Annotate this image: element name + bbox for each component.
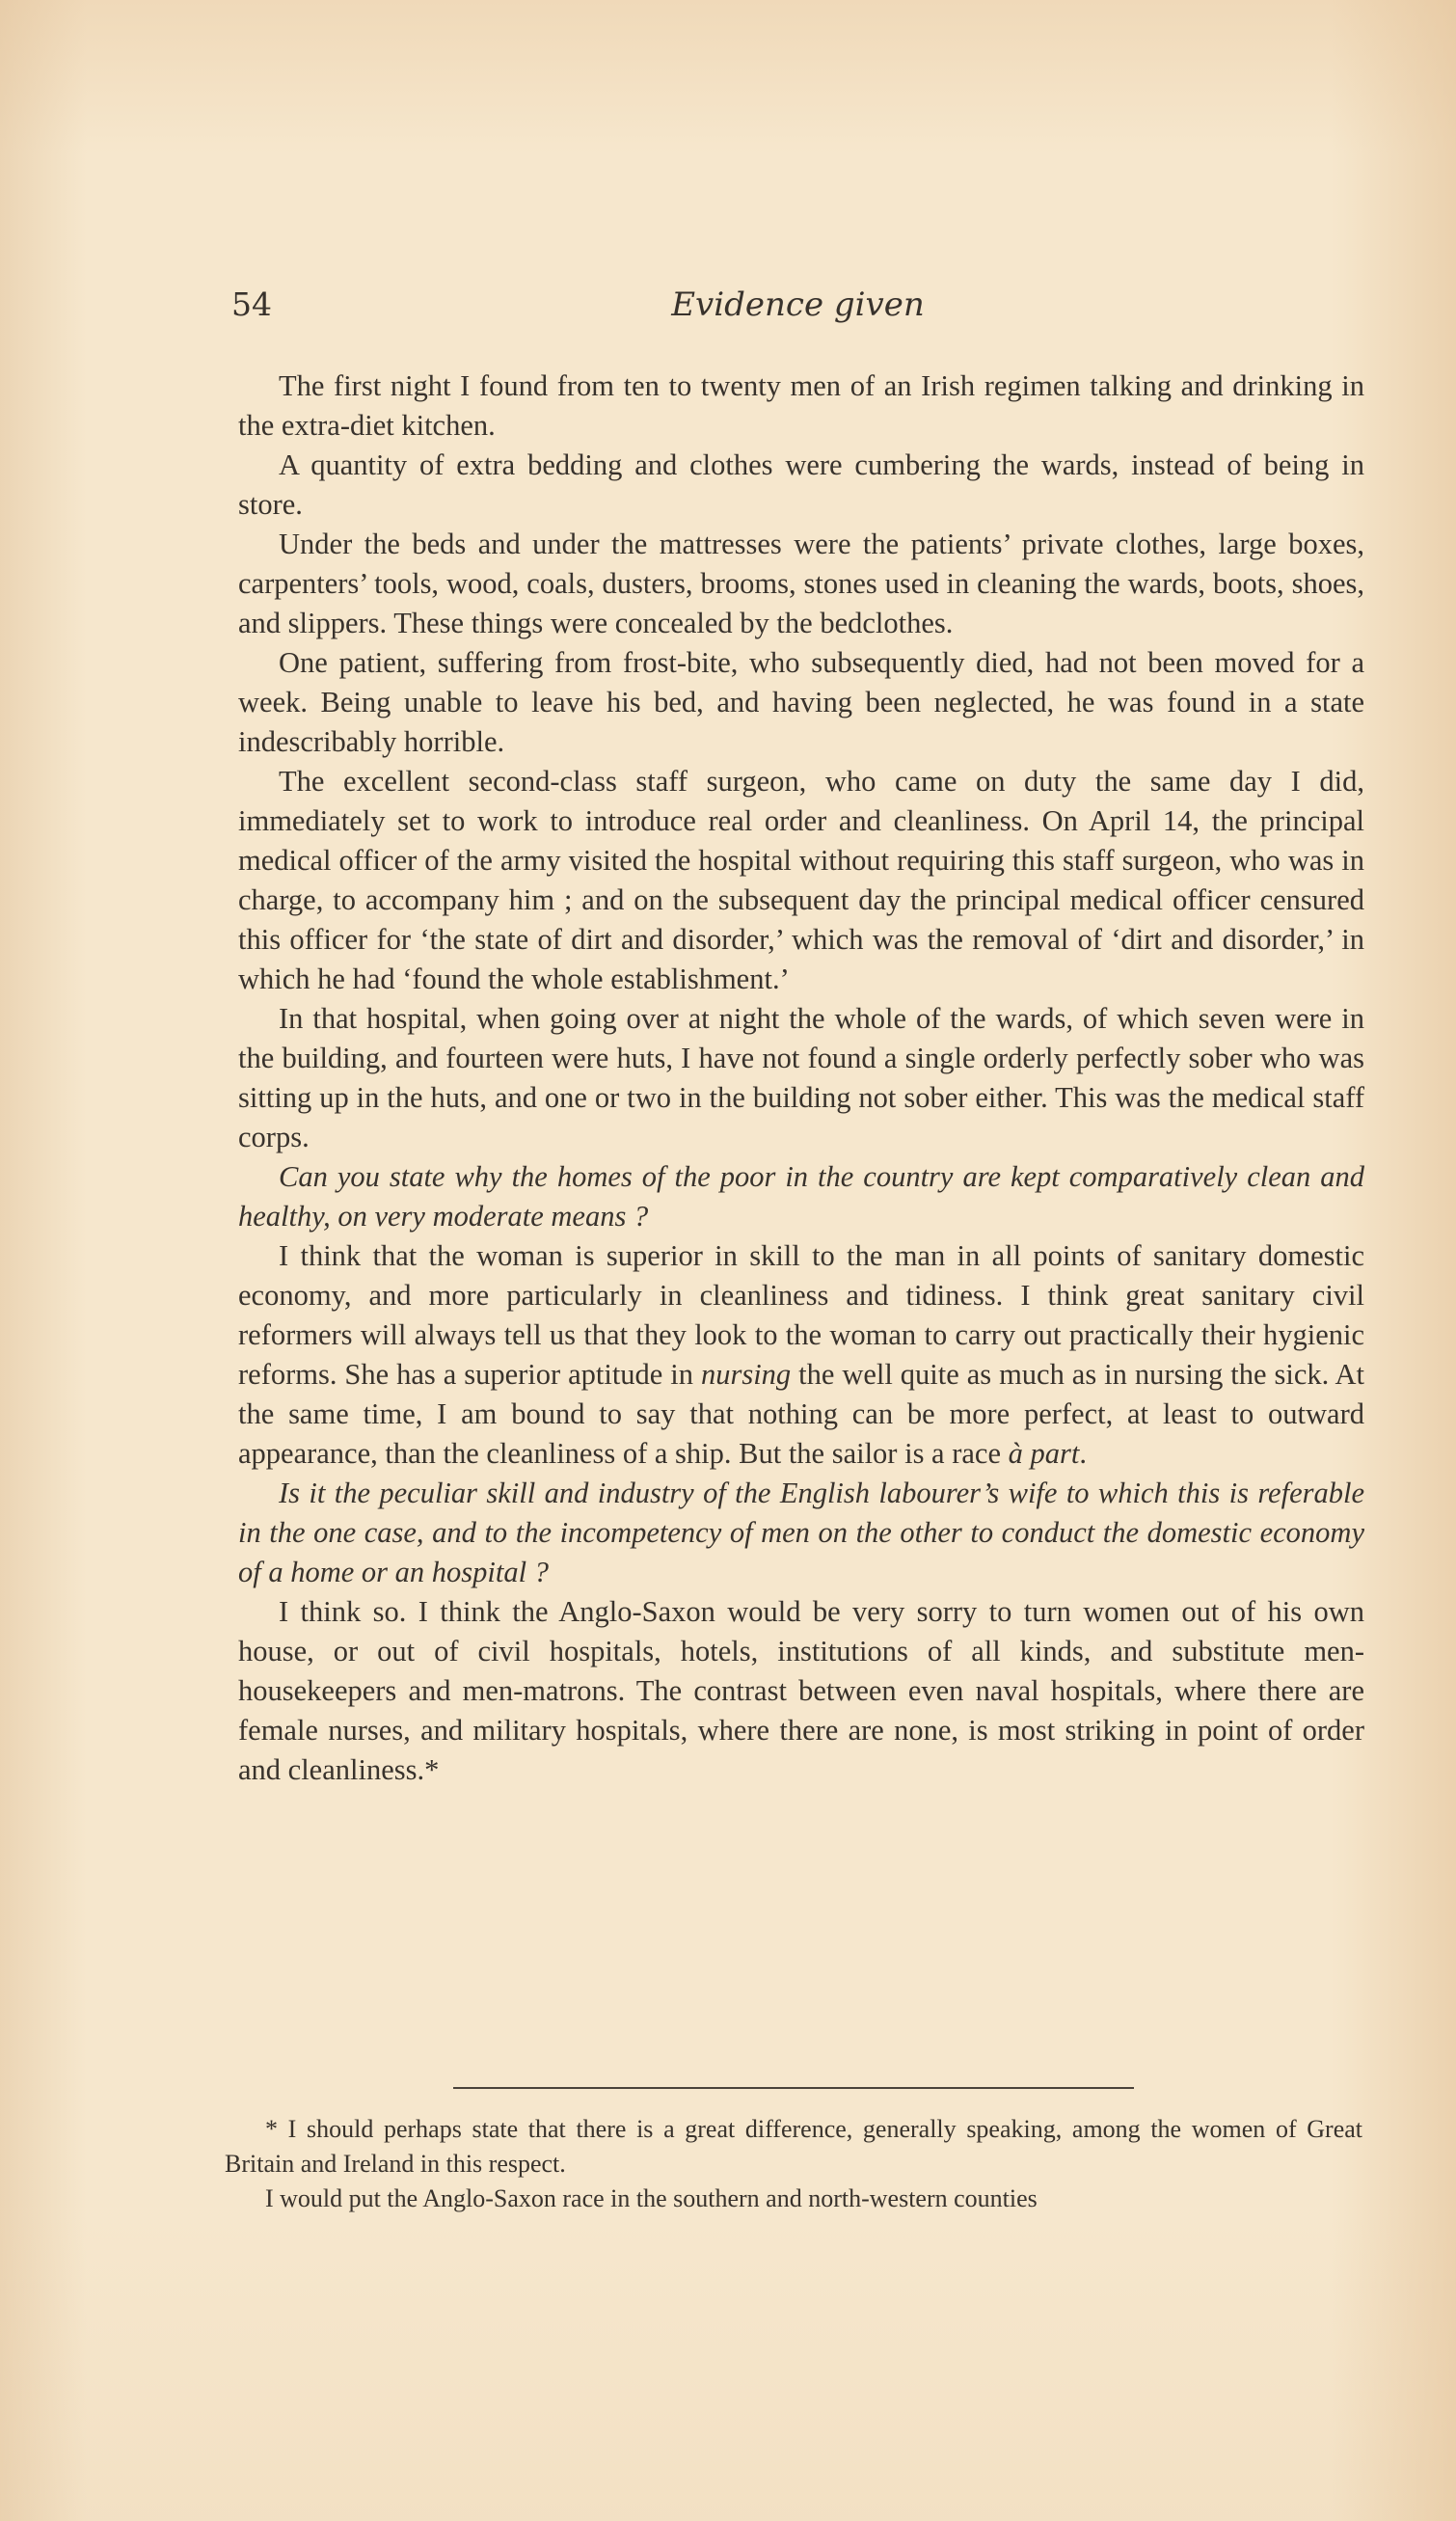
question-labourers-wife: Is it the peculiar skill and industry of…	[238, 1474, 1364, 1592]
paragraph-irish-regiment: The first night I found from ten to twen…	[238, 366, 1364, 446]
paragraph-under-the-beds: Under the beds and under the mattresses …	[238, 525, 1364, 643]
footnotes: * I should perhaps state that there is a…	[225, 2112, 1362, 2216]
emphasis-a-part: à part	[1009, 1437, 1080, 1470]
paragraph-frostbite-patient: One patient, suffering from frost-bite, …	[238, 643, 1364, 762]
running-head: 54 Evidence given	[231, 285, 1364, 334]
footnote-anglo-saxon-race: I would put the Anglo-Saxon race in the …	[225, 2182, 1362, 2216]
paragraph-extra-bedding: A quantity of extra bedding and clothes …	[238, 446, 1364, 525]
paragraph-night-wards: In that hospital, when going over at nig…	[238, 999, 1364, 1157]
paragraph-woman-superior-skill: I think that the woman is superior in sk…	[238, 1236, 1364, 1474]
question-homes-of-poor: Can you state why the homes of the poor …	[238, 1157, 1364, 1236]
running-title: Evidence given	[231, 285, 1364, 324]
paragraph-anglo-saxon: I think so. I think the Anglo-Saxon woul…	[238, 1592, 1364, 1790]
emphasis-nursing: nursing	[701, 1358, 791, 1391]
text-segment: .	[1079, 1437, 1087, 1470]
paragraph-staff-surgeon: The excellent second-class staff surgeon…	[238, 762, 1364, 999]
footnote-great-difference: * I should perhaps state that there is a…	[225, 2112, 1362, 2182]
footnote-divider	[453, 2087, 1134, 2089]
body-text: The first night I found from ten to twen…	[238, 366, 1364, 1790]
book-page: 54 Evidence given The first night I foun…	[0, 0, 1456, 2521]
